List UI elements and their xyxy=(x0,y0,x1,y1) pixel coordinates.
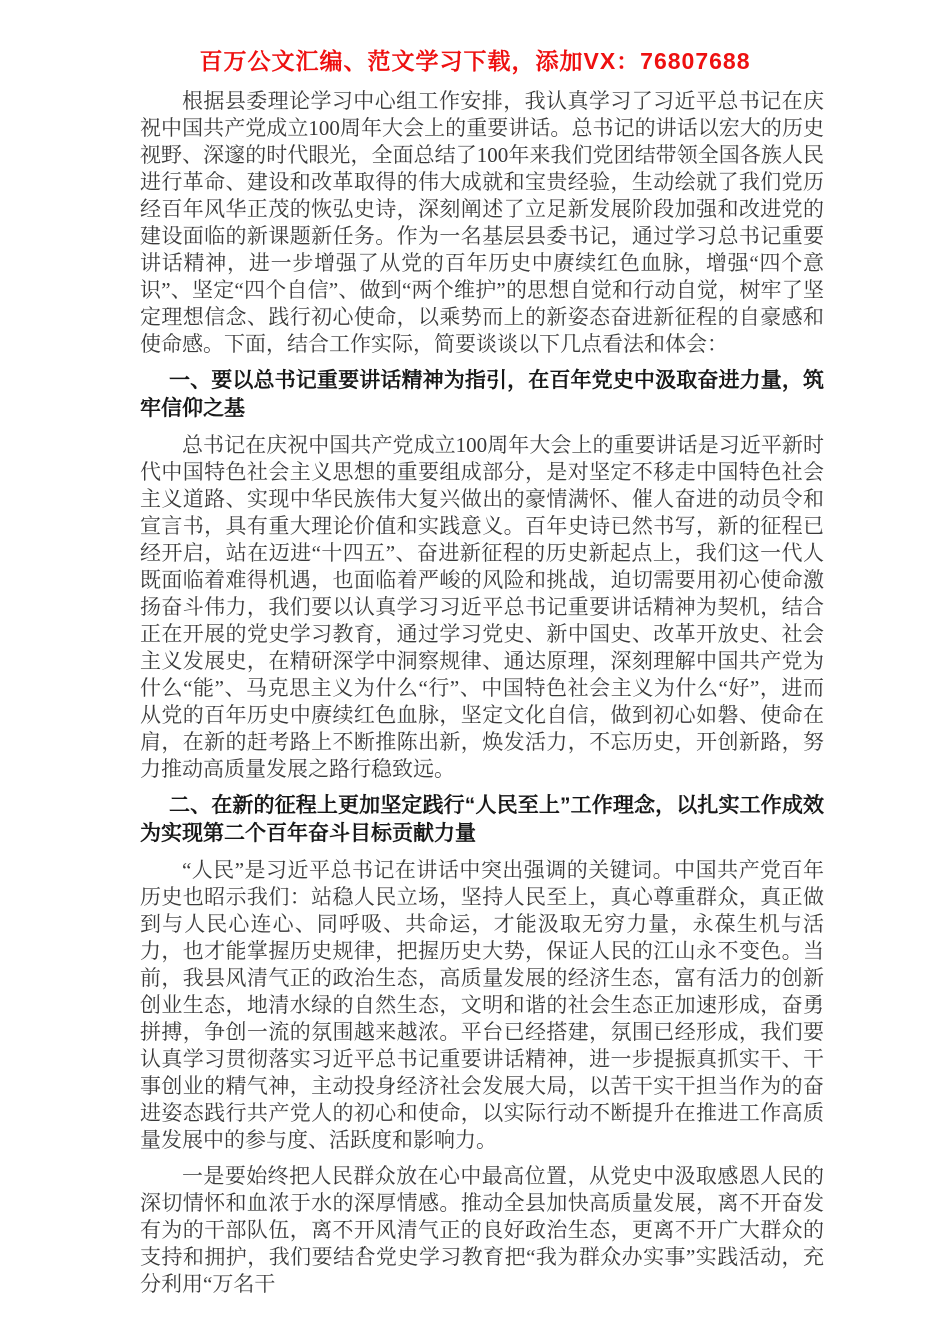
paragraph-section-1: 总书记在庆祝中国共产党成立100周年大会上的重要讲话是习近平新时代中国特色社会主… xyxy=(140,432,824,783)
heading-section-2: 二、在新的征程上更加坚定践行“人民至上”工作理念，以扎实工作成效为实现第二个百年… xyxy=(140,792,824,848)
document-body: 根据县委理论学习中心组工作安排，我认真学习了习近平总书记在庆祝中国共产党成立10… xyxy=(140,88,824,1307)
paragraph-intro: 根据县委理论学习中心组工作安排，我认真学习了习近平总书记在庆祝中国共产党成立10… xyxy=(140,88,824,358)
heading-section-1: 一、要以总书记重要讲话精神为指引，在百年党史中汲取奋进力量，筑牢信仰之基 xyxy=(140,367,824,423)
header-notice: 百万公文汇编、范文学习下载，添加VX：76807688 xyxy=(0,46,950,76)
paragraph-point-1: 一是要始终把人民群众放在心中最高位置，从党史中汲取感恩人民的深切情怀和血浓于水的… xyxy=(140,1163,824,1298)
page-number: 1 xyxy=(358,1244,366,1262)
document-page: 百万公文汇编、范文学习下载，添加VX：76807688 根据县委理论学习中心组工… xyxy=(0,0,950,1344)
paragraph-section-2: “人民”是习近平总书记在讲话中突出强调的关键词。中国共产党百年历史也昭示我们：站… xyxy=(140,857,824,1154)
